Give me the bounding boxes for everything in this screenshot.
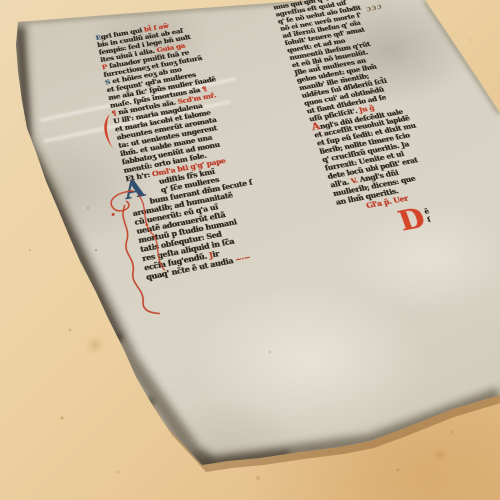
text-block: Egri ſum qui bt̃ ſ aw̃bis in cuuliũ aĩat… [95,0,500,282]
manuscript-photo: ɔɔɔ Egri ſum qui bt̃ ſ aw̃bis in cuuliũ … [0,0,500,500]
manuscript-text-line: ſ [426,215,433,224]
manuscript-text-line: ẽ [423,207,430,216]
red-initial-d-block: D ẽſ [395,204,435,235]
